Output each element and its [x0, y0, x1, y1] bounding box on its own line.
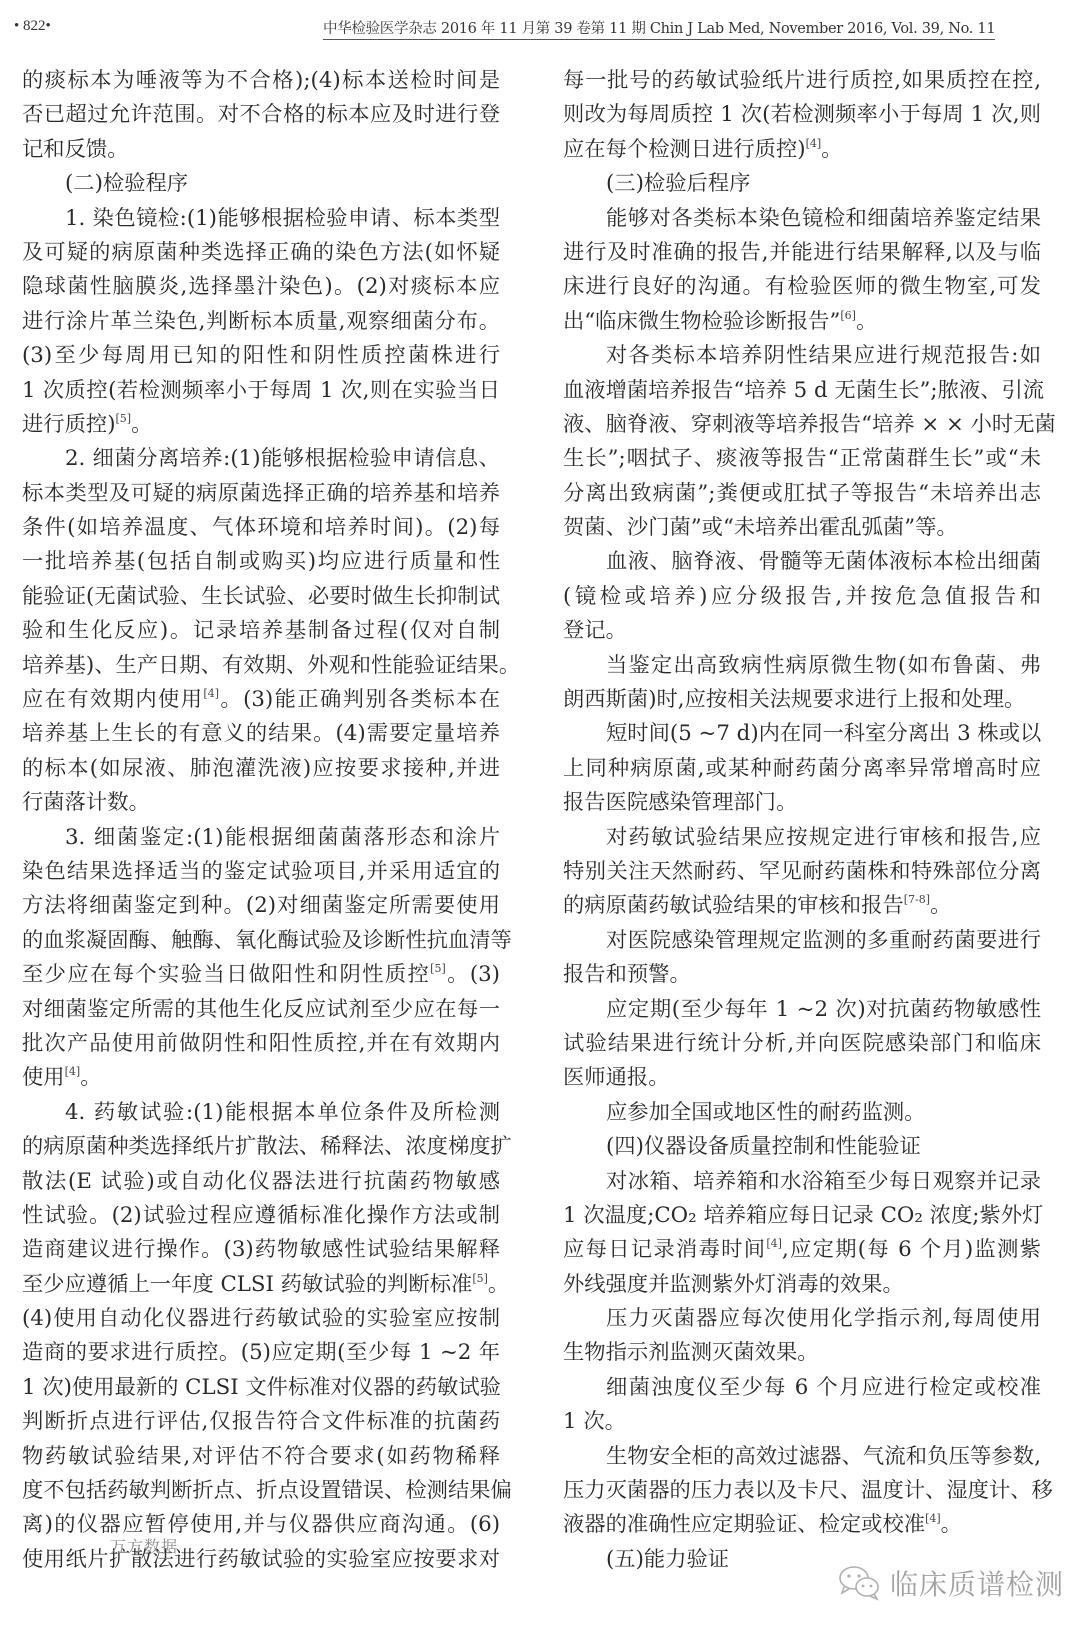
- text-line: 生物安全柜的高效过滤器、气流和负压等参数,: [563, 1440, 1041, 1474]
- left-column: 的痰标本为唾液等为不合格);(4)标本送检时间是否已超过允许范围。对不合格的标本…: [22, 64, 500, 1577]
- wechat-account-name: 临床质谱检测: [890, 1563, 1064, 1603]
- text-line: 散法(E 试验)或自动化仪器法进行抗菌药物敏感: [22, 1165, 500, 1199]
- line-text-after: ,应定期(每 6 个月)监测紫: [782, 1237, 1041, 1262]
- text-line: 物药敏试验结果,对评估不符合要求(如药物稀释: [22, 1440, 500, 1474]
- line-text: 物药敏试验结果,对评估不符合要求(如药物稀释: [22, 1444, 500, 1469]
- line-text: 应每日记录消毒时间: [563, 1237, 766, 1262]
- line-text: 隐球菌性脑膜炎,选择墨汁染色)。(2)对痰标本应: [22, 274, 500, 299]
- text-line: 压力灭菌器应每次使用化学指示剂,每周使用: [563, 1302, 1041, 1336]
- line-text: 应定期(至少每年 1 ~2 次)对抗菌药物敏感性: [606, 997, 1041, 1022]
- line-text: 至少应在每个实验当日做阳性和阴性质控: [22, 962, 430, 987]
- line-text: 血液、脑脊液、骨髓等无菌体液标本检出细菌: [606, 549, 1041, 574]
- line-text: 分离出致病菌”;粪便或肛拭子等报告“未培养出志: [563, 481, 1041, 506]
- line-text: 2. 细菌分离培养:(1)能够根据检验申请信息、: [65, 446, 500, 471]
- line-text: 液器的准确性应定期验证、检定或校准: [563, 1512, 925, 1537]
- citation-ref: [4]: [766, 1237, 782, 1250]
- text-line: (镜检或培养)应分级报告,并按危急值报告和: [563, 580, 1041, 614]
- text-line: 1 次。: [563, 1405, 1041, 1439]
- line-text: 1 次质控(若检测频率小于每周 1 次,则在实验当日: [22, 378, 500, 403]
- text-line: 对各类标本培养阴性结果应进行规范报告:如: [563, 339, 1041, 373]
- line-text: 批次产品使用前做阴性和阳性质控,并在有效期内: [22, 1031, 500, 1056]
- text-line: 能够对各类标本染色镜检和细菌培养鉴定结果: [563, 202, 1041, 236]
- line-text: 液、脑脊液、穿刺液等培养报告“培养 × × 小时无菌: [563, 412, 1056, 437]
- text-line: 使用纸片扩散法进行药敏试验的实验室应按要求对: [22, 1543, 500, 1577]
- line-text: 的病原菌种类选择纸片扩散法、稀释法、浓度梯度扩: [22, 1134, 512, 1159]
- line-text-after: 。: [488, 1272, 509, 1297]
- line-text: 压力灭菌器应每次使用化学指示剂,每周使用: [606, 1306, 1041, 1331]
- text-line: 压力灭菌器的压力表以及卡尺、温度计、湿度计、移: [563, 1474, 1041, 1508]
- line-text: 床进行良好的沟通。有检验医师的微生物室,可发: [563, 274, 1041, 299]
- text-line: 1 次质控(若检测频率小于每周 1 次,则在实验当日: [22, 374, 500, 408]
- text-line: 3. 细菌鉴定:(1)能根据细菌菌落形态和涂片: [22, 821, 500, 855]
- line-text: 培养基)、生产日期、有效期、外观和性能验证结果。: [22, 653, 520, 678]
- line-text: 能够对各类标本染色镜检和细菌培养鉴定结果: [606, 206, 1041, 231]
- line-text: 生物指示剂监测灭菌效果。: [563, 1340, 819, 1365]
- line-text: 应参加全国或地区性的耐药监测。: [606, 1100, 925, 1125]
- section-heading: (四)仪器设备质量控制和性能验证: [563, 1130, 1041, 1164]
- line-text: 1 次。: [563, 1409, 626, 1434]
- line-text: 对细菌鉴定所需的其他生化反应试剂至少应在每一: [22, 997, 500, 1022]
- line-text-after: 。: [941, 1512, 962, 1537]
- text-line: 出“临床微生物检验诊断报告”[6]。: [563, 305, 1041, 339]
- text-line: 当鉴定出高致病性病原微生物(如布鲁菌、弗: [563, 649, 1041, 683]
- line-text: 短时间(5 ~7 d)内在同一科室分离出 3 株或以: [606, 721, 1041, 746]
- line-text: 条件(如培养温度、气体环境和培养时间)。(2)每: [22, 515, 500, 540]
- citation-ref: [4]: [806, 137, 822, 150]
- text-line: 培养基上生长的有意义的结果。(4)需要定量培养: [22, 717, 500, 751]
- line-text: 对药敏试验结果应按规定进行审核和报告,应: [606, 825, 1041, 850]
- text-line: 至少应在每个实验当日做阳性和阴性质控[5]。(3): [22, 958, 500, 992]
- line-text: 生物安全柜的高效过滤器、气流和负压等参数,: [606, 1444, 1041, 1469]
- line-text: 进行质控): [22, 412, 116, 437]
- text-line: 及可疑的病原菌种类选择正确的染色方法(如怀疑: [22, 236, 500, 270]
- text-line: 能验证(无菌试验、生长试验、必要时做生长抑制试: [22, 580, 500, 614]
- text-line: 记和反馈。: [22, 133, 500, 167]
- line-text: 压力灭菌器的压力表以及卡尺、温度计、湿度计、移: [563, 1478, 1053, 1503]
- line-text: 1 次)使用最新的 CLSI 文件标准对仪器的药敏试验: [22, 1375, 501, 1400]
- text-line: 1. 染色镜检:(1)能够根据检验申请、标本类型: [22, 202, 500, 236]
- citation-ref: [4]: [65, 1065, 81, 1078]
- line-text: 则改为每周质控 1 次(若检测频率小于每周 1 次,则: [563, 102, 1041, 127]
- citation-ref: [7-8]: [904, 893, 930, 906]
- text-line: 判断折点进行评估,仅报告符合文件标准的抗菌药: [22, 1405, 500, 1439]
- text-line: 1 次温度;CO₂ 培养箱应每日记录 CO₂ 浓度;紫外灯: [563, 1199, 1041, 1233]
- line-text: 登记。: [563, 618, 627, 643]
- line-text: 每一批号的药敏试验纸片进行质控,如果质控在控,: [563, 68, 1041, 93]
- text-line: 生物指示剂监测灭菌效果。: [563, 1336, 1041, 1370]
- line-text: 判断折点进行评估,仅报告符合文件标准的抗菌药: [22, 1409, 500, 1434]
- line-text: 的标本(如尿液、肺泡灌洗液)应按要求接种,并进: [22, 756, 500, 781]
- line-text: (3)至少每周用已知的阳性和阴性质控菌株进行: [22, 343, 500, 368]
- line-text: 4. 药敏试验:(1)能根据本单位条件及所检测: [65, 1100, 500, 1125]
- text-line: 贺菌、沙门菌”或“未培养出霍乱弧菌”等。: [563, 511, 1041, 545]
- wanfang-watermark: 万方数据: [110, 1534, 178, 1557]
- text-line: 培养基)、生产日期、有效期、外观和性能验证结果。: [22, 649, 500, 683]
- line-text: 至少应遵循上一年度 CLSI 药敏试验的判断标准: [22, 1272, 472, 1297]
- line-text: 的痰标本为唾液等为不合格);(4)标本送检时间是: [22, 68, 500, 93]
- text-line: 方法将细菌鉴定到种。(2)对细菌鉴定所需要使用: [22, 889, 500, 923]
- line-text: 否已超过允许范围。对不合格的标本应及时进行登: [22, 102, 500, 127]
- line-text-after: 。: [856, 309, 877, 334]
- citation-ref: [6]: [840, 309, 856, 322]
- text-line: 度不包括药敏判断折点、折点设置错误、检测结果偏: [22, 1474, 500, 1508]
- line-text-after: 。(3): [446, 962, 500, 987]
- line-text: 染色结果选择适当的鉴定试验项目,并采用适宜的: [22, 859, 500, 884]
- text-line: 进行涂片革兰染色,判断标本质量,观察细菌分布。: [22, 305, 500, 339]
- line-text: 报告医院感染管理部门。: [563, 790, 797, 815]
- text-line: 对冰箱、培养箱和水浴箱至少每日观察并记录: [563, 1165, 1041, 1199]
- line-text: 及可疑的病原菌种类选择正确的染色方法(如怀疑: [22, 240, 500, 265]
- text-line: 进行质控)[5]。: [22, 408, 500, 442]
- line-text: 进行及时准确的报告,并能进行结果解释,以及与临: [563, 240, 1041, 265]
- text-line: 否已超过允许范围。对不合格的标本应及时进行登: [22, 98, 500, 132]
- page-number: • 822•: [14, 18, 51, 35]
- text-line: 进行及时准确的报告,并能进行结果解释,以及与临: [563, 236, 1041, 270]
- section-heading: (二)检验程序: [22, 167, 500, 201]
- text-line: 的血浆凝固酶、触酶、氧化酶试验及诊断性抗血清等: [22, 924, 500, 958]
- text-line: 造商建议进行操作。(3)药物敏感性试验结果解释: [22, 1233, 500, 1267]
- text-line: 验和生化反应)。记录培养基制备过程(仅对自制: [22, 614, 500, 648]
- line-text: (二)检验程序: [65, 171, 188, 196]
- line-text: 性试验。(2)试验过程应遵循标准化操作方法或制: [22, 1203, 500, 1228]
- line-text: 造商建议进行操作。(3)药物敏感性试验结果解释: [22, 1237, 500, 1262]
- line-text-after: 。: [930, 893, 951, 918]
- line-text: 培养基上生长的有意义的结果。(4)需要定量培养: [22, 721, 500, 746]
- text-line: 的病原菌种类选择纸片扩散法、稀释法、浓度梯度扩: [22, 1130, 500, 1164]
- line-text: 细菌浊度仪至少每 6 个月应进行检定或校准: [606, 1375, 1041, 1400]
- text-line: 生长”;咽拭子、痰液等报告“正常菌群生长”或“未: [563, 442, 1041, 476]
- line-text: 散法(E 试验)或自动化仪器法进行抗菌药物敏感: [22, 1169, 500, 1194]
- text-line: 一批培养基(包括自制或购买)均应进行质量和性: [22, 545, 500, 579]
- line-text: 的病原菌药敏试验结果的审核和报告: [563, 893, 904, 918]
- line-text: 一批培养基(包括自制或购买)均应进行质量和性: [22, 549, 500, 574]
- citation-ref: [5]: [430, 962, 446, 975]
- text-line: 使用[4]。: [22, 1061, 500, 1095]
- line-text: 进行涂片革兰染色,判断标本质量,观察细菌分布。: [22, 309, 500, 334]
- line-text: 的血浆凝固酶、触酶、氧化酶试验及诊断性抗血清等: [22, 928, 512, 953]
- line-text: 1 次温度;CO₂ 培养箱应每日记录 CO₂ 浓度;紫外灯: [563, 1203, 1043, 1228]
- line-text: 方法将细菌鉴定到种。(2)对细菌鉴定所需要使用: [22, 893, 500, 918]
- text-line: 性试验。(2)试验过程应遵循标准化操作方法或制: [22, 1199, 500, 1233]
- line-text: 应在每个检测日进行质控): [563, 137, 806, 162]
- text-line: (4)使用自动化仪器进行药敏试验的实验室应按制: [22, 1302, 500, 1336]
- text-line: 应定期(至少每年 1 ~2 次)对抗菌药物敏感性: [563, 993, 1041, 1027]
- text-line: 外线强度并监测紫外灯消毒的效果。: [563, 1268, 1041, 1302]
- text-line: 造商的要求进行质控。(5)应定期(至少每 1 ~2 年: [22, 1336, 500, 1370]
- text-line: 2. 细菌分离培养:(1)能够根据检验申请信息、: [22, 442, 500, 476]
- section-heading: (三)检验后程序: [563, 167, 1041, 201]
- text-line: 试验结果进行统计分析,并向医院感染部门和临床: [563, 1027, 1041, 1061]
- line-text: (四)仪器设备质量控制和性能验证: [606, 1134, 921, 1159]
- text-line: 朗西斯菌)时,应按相关法规要求进行上报和处理。: [563, 683, 1041, 717]
- text-line: 应在有效期内使用[4]。(3)能正确判别各类标本在: [22, 683, 500, 717]
- citation-ref: [5]: [116, 412, 132, 425]
- line-text: (五)能力验证: [606, 1547, 729, 1572]
- line-text-after: 。(3)能正确判别各类标本在: [219, 687, 500, 712]
- text-line: 每一批号的药敏试验纸片进行质控,如果质控在控,: [563, 64, 1041, 98]
- line-text: 造商的要求进行质控。(5)应定期(至少每 1 ~2 年: [22, 1340, 500, 1365]
- text-line: 登记。: [563, 614, 1041, 648]
- text-line: 上同种病原菌,或某种耐药菌分离率异常增高时应: [563, 752, 1041, 786]
- line-text: 贺菌、沙门菌”或“未培养出霍乱弧菌”等。: [563, 515, 958, 540]
- line-text: 当鉴定出高致病性病原微生物(如布鲁菌、弗: [606, 653, 1041, 678]
- line-text: 血液增菌培养报告“培养 5 d 无菌生长”;脓液、引流: [563, 378, 1044, 403]
- text-line: 1 次)使用最新的 CLSI 文件标准对仪器的药敏试验: [22, 1371, 500, 1405]
- text-line: 应每日记录消毒时间[4],应定期(每 6 个月)监测紫: [563, 1233, 1041, 1267]
- line-text: 报告和预警。: [563, 962, 691, 987]
- text-line: (3)至少每周用已知的阳性和阴性质控菌株进行: [22, 339, 500, 373]
- right-column: 每一批号的药敏试验纸片进行质控,如果质控在控,则改为每周质控 1 次(若检测频率…: [563, 64, 1041, 1577]
- text-line: 的痰标本为唾液等为不合格);(4)标本送检时间是: [22, 64, 500, 98]
- text-line: 应参加全国或地区性的耐药监测。: [563, 1096, 1041, 1130]
- line-text: 验和生化反应)。记录培养基制备过程(仅对自制: [22, 618, 500, 643]
- line-text: 对冰箱、培养箱和水浴箱至少每日观察并记录: [606, 1169, 1041, 1194]
- line-text: 使用: [22, 1065, 65, 1090]
- line-text: 标本类型及可疑的病原菌选择正确的培养基和培养: [22, 481, 500, 506]
- line-text: 度不包括药敏判断折点、折点设置错误、检测结果偏: [22, 1478, 512, 1503]
- text-line: 4. 药敏试验:(1)能根据本单位条件及所检测: [22, 1096, 500, 1130]
- text-line: 床进行良好的沟通。有检验医师的微生物室,可发: [563, 270, 1041, 304]
- text-line: 条件(如培养温度、气体环境和培养时间)。(2)每: [22, 511, 500, 545]
- text-line: 报告和预警。: [563, 958, 1041, 992]
- text-line: 则改为每周质控 1 次(若检测频率小于每周 1 次,则: [563, 98, 1041, 132]
- line-text: 医师通报。: [563, 1065, 670, 1090]
- line-text: 生长”;咽拭子、痰液等报告“正常菌群生长”或“未: [563, 446, 1041, 471]
- line-text: 使用纸片扩散法进行药敏试验的实验室应按要求对: [22, 1547, 500, 1572]
- wechat-icon: [838, 1565, 882, 1601]
- line-text: 能验证(无菌试验、生长试验、必要时做生长抑制试: [22, 584, 500, 609]
- text-line: 分离出致病菌”;粪便或肛拭子等报告“未培养出志: [563, 477, 1041, 511]
- text-line: 行菌落计数。: [22, 786, 500, 820]
- line-text: (镜检或培养)应分级报告,并按危急值报告和: [563, 584, 1041, 609]
- text-line: 液器的准确性应定期验证、检定或校准[4]。: [563, 1508, 1041, 1542]
- text-line: 的标本(如尿液、肺泡灌洗液)应按要求接种,并进: [22, 752, 500, 786]
- line-text: 1. 染色镜检:(1)能够根据检验申请、标本类型: [65, 206, 500, 231]
- line-text: 记和反馈。: [22, 137, 129, 162]
- line-text: 离)的仪器应暂停使用,并与仪器供应商沟通。(6): [22, 1512, 500, 1537]
- line-text: 应在有效期内使用: [22, 687, 203, 712]
- page-header: • 822• 中华检验医学杂志 2016 年 11 月第 39 卷第 11 期 …: [0, 0, 1080, 50]
- line-text: 对各类标本培养阴性结果应进行规范报告:如: [606, 343, 1041, 368]
- line-text: 外线强度并监测紫外灯消毒的效果。: [563, 1272, 904, 1297]
- citation-ref: [5]: [472, 1272, 488, 1285]
- line-text: 上同种病原菌,或某种耐药菌分离率异常增高时应: [563, 756, 1041, 781]
- text-line: 隐球菌性脑膜炎,选择墨汁染色)。(2)对痰标本应: [22, 270, 500, 304]
- line-text-after: 。: [131, 412, 152, 437]
- citation-ref: [4]: [203, 687, 219, 700]
- text-line: 短时间(5 ~7 d)内在同一科室分离出 3 株或以: [563, 717, 1041, 751]
- line-text-after: 。: [821, 137, 842, 162]
- line-text: 3. 细菌鉴定:(1)能根据细菌菌落形态和涂片: [65, 825, 500, 850]
- text-line: 对细菌鉴定所需的其他生化反应试剂至少应在每一: [22, 993, 500, 1027]
- line-text: 行菌落计数。: [22, 790, 150, 815]
- text-line: 对医院感染管理规定监测的多重耐药菌要进行: [563, 924, 1041, 958]
- line-text: (三)检验后程序: [606, 171, 750, 196]
- running-head: 中华检验医学杂志 2016 年 11 月第 39 卷第 11 期 Chin J …: [323, 17, 995, 40]
- line-text: 对医院感染管理规定监测的多重耐药菌要进行: [606, 928, 1041, 953]
- line-text: 试验结果进行统计分析,并向医院感染部门和临床: [563, 1031, 1041, 1056]
- citation-ref: [4]: [925, 1512, 941, 1525]
- line-text-after: 。: [80, 1065, 101, 1090]
- text-line: 对药敏试验结果应按规定进行审核和报告,应: [563, 821, 1041, 855]
- text-line: 血液增菌培养报告“培养 5 d 无菌生长”;脓液、引流: [563, 374, 1041, 408]
- text-line: 细菌浊度仪至少每 6 个月应进行检定或校准: [563, 1371, 1041, 1405]
- wechat-watermark: 临床质谱检测: [838, 1563, 1064, 1603]
- text-line: 应在每个检测日进行质控)[4]。: [563, 133, 1041, 167]
- text-line: 血液、脑脊液、骨髓等无菌体液标本检出细菌: [563, 545, 1041, 579]
- text-line: 至少应遵循上一年度 CLSI 药敏试验的判断标准[5]。: [22, 1268, 500, 1302]
- text-line: 报告医院感染管理部门。: [563, 786, 1041, 820]
- text-line: 的病原菌药敏试验结果的审核和报告[7-8]。: [563, 889, 1041, 923]
- text-line: 特别关注天然耐药、罕见耐药菌株和特殊部位分离: [563, 855, 1041, 889]
- line-text: 特别关注天然耐药、罕见耐药菌株和特殊部位分离: [563, 859, 1041, 884]
- line-text: 出“临床微生物检验诊断报告”: [563, 309, 840, 334]
- text-line: 标本类型及可疑的病原菌选择正确的培养基和培养: [22, 477, 500, 511]
- text-line: 医师通报。: [563, 1061, 1041, 1095]
- text-line: 批次产品使用前做阴性和阳性质控,并在有效期内: [22, 1027, 500, 1061]
- line-text: 朗西斯菌)时,应按相关法规要求进行上报和处理。: [563, 687, 1025, 712]
- line-text: (4)使用自动化仪器进行药敏试验的实验室应按制: [22, 1306, 500, 1331]
- text-line: 染色结果选择适当的鉴定试验项目,并采用适宜的: [22, 855, 500, 889]
- text-line: 离)的仪器应暂停使用,并与仪器供应商沟通。(6): [22, 1508, 500, 1542]
- text-line: 液、脑脊液、穿刺液等培养报告“培养 × × 小时无菌: [563, 408, 1041, 442]
